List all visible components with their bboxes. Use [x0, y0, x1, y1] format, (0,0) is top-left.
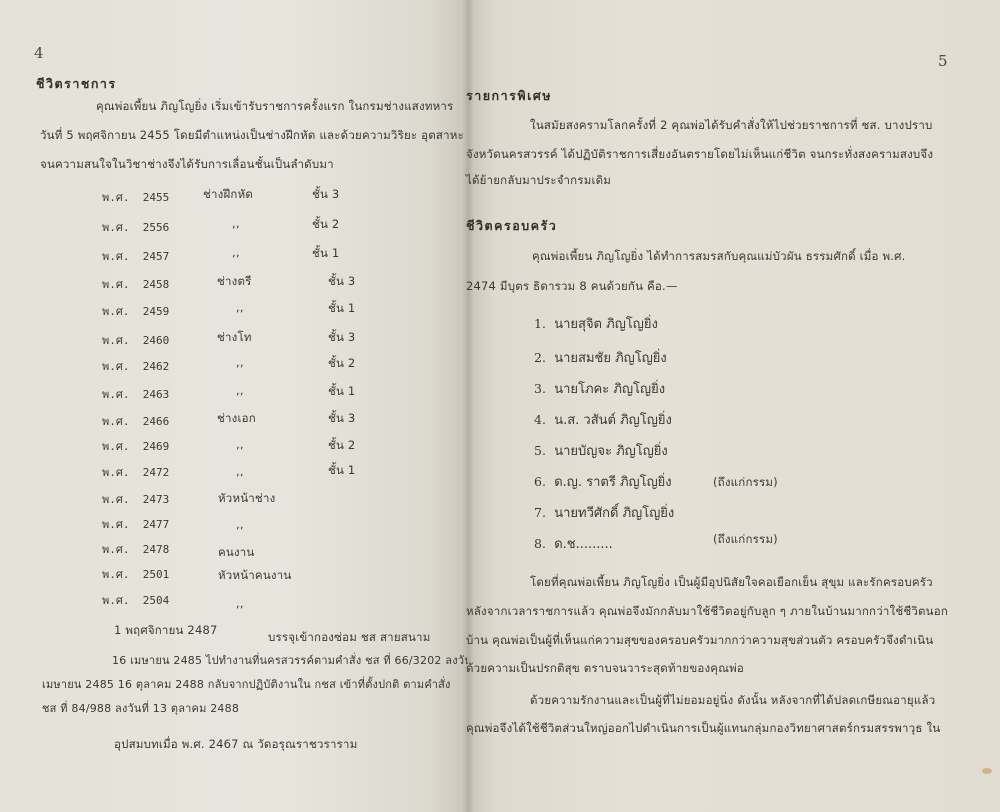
grade-cell: ชั้น 3 — [312, 186, 339, 204]
paragraph-line: ด้วยความรักงานและเป็นผู้ที่ไม่ยอมอยู่นิ่… — [530, 692, 935, 710]
paper-stain — [982, 768, 992, 774]
note-text: บรรจุเข้ากองซ่อม ชส สายสนาม — [268, 629, 431, 647]
page-number: 4 — [34, 44, 44, 62]
note-date: 1 พฤศจิกายน 2487 — [114, 622, 218, 640]
table-row: พ.ศ. 2459 — [102, 302, 169, 320]
grade-cell: ชั้น 2 — [328, 355, 355, 373]
position-cell: ช่างฝึกหัด — [203, 186, 253, 204]
right-page: 5 รายการพิเศษ ในสมัยสงครามโลกครั้งที่ 2 … — [468, 0, 1000, 812]
paragraph-line: โดยที่คุณพ่อเพี้ยน ภิญโญยิ่ง เป็นผู้มีอุ… — [530, 574, 933, 592]
note-text: 16 เมษายน 2485 ไปทำงานที่นครสวรรค์ตามคำส… — [112, 651, 479, 669]
table-row: พ.ศ. 2504 — [102, 591, 169, 609]
paragraph-line: คุณพ่อจึงได้ใช้ชีวิตส่วนใหญ่ออกไปดำเนินก… — [466, 720, 940, 738]
list-item: 1. นายสุจิต ภิญโญยิ่ง — [534, 313, 658, 334]
position-cell: ช่างโท — [217, 329, 252, 347]
intro-line: คุณพ่อเพี้ยน ภิญโญยิ่ง เริ่มเข้ารับราชกา… — [96, 98, 453, 116]
table-row: พ.ศ. 2556 — [102, 218, 169, 236]
grade-cell: ชั้น 2 — [328, 437, 355, 455]
position-cell: ,, — [236, 383, 244, 397]
grade-cell: ชั้น 2 — [312, 216, 339, 234]
family-line: 2474 มีบุตร ธิดารวม 8 คนด้วยกัน คือ.— — [466, 278, 678, 296]
position-cell: ,, — [232, 216, 240, 230]
grade-cell: ชั้น 1 — [328, 383, 355, 401]
table-row: พ.ศ. 2457 — [102, 247, 169, 265]
special-line: จังหวัดนครสวรรค์ ได้ปฏิบัติราชการเสี่ยงอ… — [466, 146, 933, 164]
table-row: พ.ศ. 2462 — [102, 357, 169, 375]
grade-cell: ชั้น 1 — [328, 300, 355, 318]
paragraph-line: บ้าน คุณพ่อเป็นผู้ที่เห็นแก่ความสุขของคร… — [466, 632, 933, 650]
table-row: พ.ศ. 2473 — [102, 490, 169, 508]
table-row: พ.ศ. 2469 — [102, 437, 169, 455]
position-cell: คนงาน — [218, 544, 255, 562]
list-item: 3. นายโภคะ ภิญโญยิ่ง — [534, 378, 665, 399]
position-cell: หัวหน้าคนงาน — [218, 567, 291, 585]
list-item: 4. น.ส. วสันต์ ภิญโญยิ่ง — [534, 409, 672, 430]
section-heading-special: รายการพิเศษ — [466, 86, 552, 106]
position-cell: ช่างเอก — [217, 410, 256, 428]
table-row: พ.ศ. 2458 — [102, 275, 169, 293]
page-number: 5 — [938, 52, 948, 70]
position-cell: ,, — [232, 245, 240, 259]
intro-line: จนความสนใจในวิชาช่างจึงได้รับการเลื่อนชั… — [40, 156, 334, 174]
special-line: ได้ย้ายกลับมาประจำกรมเดิม — [466, 172, 611, 190]
section-heading-career: ชีวิตราชการ — [36, 74, 117, 94]
table-row: พ.ศ. 2478 — [102, 540, 169, 558]
deceased-note: (ถึงแก่กรรม) — [713, 531, 778, 549]
position-cell: ,, — [236, 596, 244, 610]
note-text: ชส ที่ 84/988 ลงวันที่ 13 ตุลาคม 2488 — [42, 699, 239, 717]
table-row: พ.ศ. 2463 — [102, 385, 169, 403]
table-row: พ.ศ. 2455 — [102, 188, 169, 206]
list-item: 7. นายทวีศักดิ์ ภิญโญยิ่ง — [534, 502, 674, 523]
book-gutter — [462, 0, 474, 812]
table-row: พ.ศ. 2501 — [102, 565, 169, 583]
section-heading-family: ชีวิตครอบครัว — [466, 216, 557, 236]
paragraph-line: ด้วยความเป็นปรกติสุข ตราบจนวาระสุดท้ายขอ… — [466, 660, 744, 678]
intro-line: วันที่ 5 พฤศจิกายน 2455 โดยมีตำแหน่งเป็น… — [40, 127, 464, 145]
grade-cell: ชั้น 1 — [328, 462, 355, 480]
grade-cell: ชั้น 1 — [312, 245, 339, 263]
position-cell: ,, — [236, 517, 244, 531]
grade-cell: ชั้น 3 — [328, 273, 355, 291]
family-line: คุณพ่อเพี้ยน ภิญโญยิ่ง ได้ทำการสมรสกับคุ… — [532, 248, 906, 266]
position-cell: ,, — [236, 437, 244, 451]
note-text: อุปสมบทเมื่อ พ.ศ. 2467 ณ วัดอรุณราชวรารา… — [114, 736, 357, 754]
deceased-note: (ถึงแก่กรรม) — [713, 474, 778, 492]
left-page: 4 ชีวิตราชการ คุณพ่อเพี้ยน ภิญโญยิ่ง เริ… — [0, 0, 468, 812]
position-cell: ,, — [236, 355, 244, 369]
book-spread: 4 ชีวิตราชการ คุณพ่อเพี้ยน ภิญโญยิ่ง เริ… — [0, 0, 1000, 812]
table-row: พ.ศ. 2466 — [102, 412, 169, 430]
table-row: พ.ศ. 2472 — [102, 463, 169, 481]
position-cell: ,, — [236, 464, 244, 478]
paragraph-line: หลังจากเวลาราชการแล้ว คุณพ่อจึงมักกลับมา… — [466, 603, 948, 621]
note-text: เมษายน 2485 16 ตุลาคม 2488 กลับจากปฏิบัต… — [42, 675, 451, 693]
table-row: พ.ศ. 2460 — [102, 331, 169, 349]
position-cell: หัวหน้าช่าง — [218, 490, 275, 508]
list-item: 2. นายสมชัย ภิญโญยิ่ง — [534, 347, 667, 368]
grade-cell: ชั้น 3 — [328, 410, 355, 428]
table-row: พ.ศ. 2477 — [102, 515, 169, 533]
list-item: 5. นายบัญจะ ภิญโญยิ่ง — [534, 440, 668, 461]
special-line: ในสมัยสงครามโลกครั้งที่ 2 คุณพ่อได้รับคำ… — [530, 117, 933, 135]
list-item: 6. ด.ญ. ราตรี ภิญโญยิ่ง — [534, 471, 672, 492]
grade-cell: ชั้น 3 — [328, 329, 355, 347]
list-item: 8. ด.ช......... — [534, 533, 613, 554]
position-cell: ช่างตรี — [217, 273, 252, 291]
position-cell: ,, — [236, 300, 244, 314]
